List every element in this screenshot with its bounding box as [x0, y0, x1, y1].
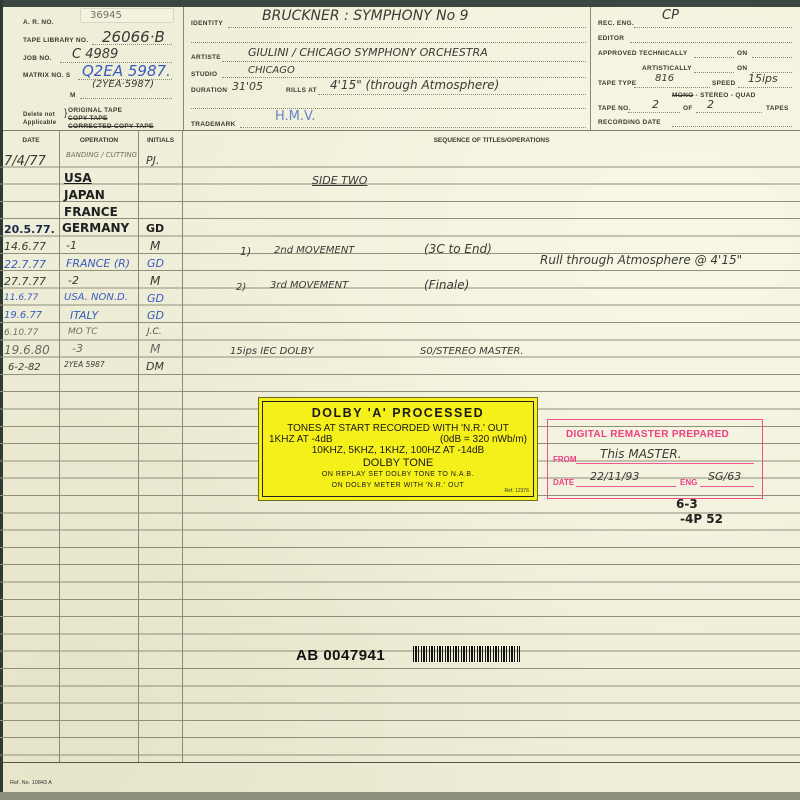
stamp-date-label: DATE: [553, 478, 574, 487]
delete-label-1: Delete not: [23, 112, 55, 118]
tape-type-label: TAPE TYPE: [598, 80, 636, 87]
dotted-line: [694, 72, 734, 73]
row-operation: -2: [68, 274, 79, 287]
tape-option-corrected-copy: CORRECTED COPY TAPE: [68, 123, 154, 130]
column-divider: [182, 130, 183, 762]
table-bottom-border: [3, 762, 800, 763]
barcode-number: AB 0047941: [296, 647, 385, 664]
stamp-eng-line: [700, 486, 754, 487]
row-date: 19.6.80: [4, 343, 50, 357]
stamp-from-value: This MASTER.: [600, 447, 682, 461]
row-date: 20.5.77.: [4, 223, 55, 236]
artiste-value: GIULINI / CHICAGO SYMPHONY ORCHESTRA: [248, 46, 488, 59]
stamp-date-value: 22/11/93: [590, 470, 639, 483]
tape-type-value: 816: [655, 73, 674, 84]
row-date: 27.7.77: [4, 275, 46, 288]
stamp-eng-value: SG/63: [708, 470, 741, 483]
rec-eng-value: CP: [662, 8, 679, 23]
divider: [590, 7, 591, 130]
rec-eng-label: REC. ENG.: [598, 20, 634, 27]
dolby-line-3: 10KHZ, 5KHZ, 1KHZ, 100HZ AT -14dB: [263, 445, 533, 456]
item-note: (3C to End): [424, 242, 492, 256]
trademark-value: H.M.V.: [275, 109, 315, 124]
matrix-value-secondary: (2YEA·5987): [92, 79, 154, 90]
dolby-line-2-right: (0dB = 320 nWb/m): [440, 434, 527, 445]
on-label-2: ON: [737, 65, 747, 72]
on-label-1: ON: [737, 50, 747, 57]
row-date: 6-2-82: [8, 362, 41, 373]
dolby-line-6: ON DOLBY METER WITH 'N.R.' OUT: [263, 482, 533, 489]
stamp-from-line: [576, 463, 754, 464]
row-initials: M: [150, 274, 160, 288]
format-line-1: 15ips IEC DOLBY: [230, 346, 314, 357]
side-title: SIDE TWO: [312, 174, 367, 187]
duration-value: 31'05: [232, 80, 263, 93]
identity-value: BRUCKNER : SYMPHONY No 9: [262, 8, 469, 24]
barcode-icon: [413, 646, 520, 662]
row-initials: GD: [147, 257, 164, 270]
row-date: 7/4/77: [4, 154, 46, 169]
row-date: 22.7.77: [4, 258, 46, 271]
tape-no-label: TAPE NO.: [598, 105, 631, 112]
of-value: 2: [707, 98, 714, 111]
tapes-label: TAPES: [766, 105, 789, 112]
dolby-line-5: ON REPLAY SET DOLBY TONE TO N.A.B.: [263, 471, 533, 478]
sticker-border: DOLBY 'A' PROCESSED TONES AT START RECOR…: [262, 401, 534, 497]
dotted-line: [240, 127, 586, 128]
artiste-label: ARTISTE: [191, 54, 221, 61]
approved-artistically-label: ARTISTICALLY: [642, 65, 692, 72]
row-initials: M: [150, 239, 160, 253]
dotted-line: [318, 94, 586, 95]
dotted-line: [634, 87, 710, 88]
annotation-line-2: -4P 52: [680, 512, 723, 526]
matrix-m-label: M: [70, 92, 76, 99]
stamp-from-label: FROM: [553, 455, 577, 464]
row-operation: ITALY: [70, 309, 98, 322]
rills-at-label: RILLS AT: [286, 87, 317, 94]
dotted-line: [696, 112, 762, 113]
dotted-line: [630, 42, 792, 43]
row-operation: FRANCE: [64, 205, 118, 219]
row-date: 11.6.77: [4, 293, 38, 303]
column-divider: [138, 130, 139, 762]
tape-no-value: 2: [652, 98, 659, 111]
job-no-value: C 4989: [72, 47, 118, 62]
tape-option-original: ORIGINAL TAPE: [68, 107, 122, 114]
row-initials: DM: [146, 360, 164, 373]
row-initials: M: [150, 342, 160, 356]
recording-date-label: RECORDING DATE: [598, 119, 661, 126]
dotted-line: [80, 98, 172, 99]
digital-remaster-stamp: DIGITAL REMASTER PREPARED FROM This MAST…: [547, 419, 763, 499]
editor-label: EDITOR: [598, 35, 624, 42]
tape-library-label: TAPE LIBRARY NO.: [23, 37, 88, 44]
dotted-line: [191, 42, 586, 43]
tape-library-value: 26066·B: [102, 28, 165, 46]
item-number: 1): [240, 245, 251, 258]
row-initials: GD: [146, 222, 164, 235]
row-date: 6.10.77: [4, 328, 38, 338]
row-date: 19.6.77: [4, 310, 42, 321]
format-quad: QUAD: [735, 92, 755, 99]
row-operation: JAPAN: [64, 188, 105, 202]
ar-no-label: A. R. NO.: [23, 19, 54, 26]
item-title: 2nd MOVEMENT: [274, 245, 354, 256]
dotted-line: [228, 27, 586, 28]
row-operation: -1: [66, 239, 77, 252]
matrix-value: Q2EA 5987.: [82, 62, 171, 80]
dotted-line: [222, 61, 586, 62]
matrix-label: MATRIX NO. S: [23, 72, 71, 79]
row-initials: J.C.: [147, 327, 162, 337]
row-operation: BANDING / CUTTING: [66, 151, 137, 159]
row-operation: -3: [72, 342, 83, 355]
stamp-title: DIGITAL REMASTER PREPARED: [566, 429, 729, 440]
of-label: OF: [683, 105, 693, 112]
studio-value: CHICAGO: [248, 65, 295, 76]
dotted-line: [628, 112, 680, 113]
annotation-line-1: 6-3: [676, 497, 698, 511]
dolby-tone-title: DOLBY TONE: [263, 457, 533, 469]
dolby-label-sticker: DOLBY 'A' PROCESSED TONES AT START RECOR…: [258, 397, 538, 501]
column-header-operation: OPERATION: [60, 137, 138, 144]
format-mono: MONO: [672, 92, 693, 99]
dotted-line: [694, 57, 734, 58]
delete-label-2: Applicable: [23, 120, 56, 126]
scan-edge-top: [0, 0, 800, 7]
dolby-line-1: TONES AT START RECORDED WITH 'N.R.' OUT: [263, 423, 533, 434]
row-operation: GERMANY: [62, 221, 129, 235]
studio-label: STUDIO: [191, 71, 217, 78]
form-ref-number: Ref. No. 10843 A: [10, 780, 52, 786]
margin-note: Rull through Atmosphere @ 4'15": [540, 253, 742, 267]
dotted-line: [634, 27, 792, 28]
duration-label: DURATION: [191, 87, 227, 94]
dolby-title: DOLBY 'A' PROCESSED: [263, 406, 533, 420]
trademark-label: TRADEMARK: [191, 121, 236, 128]
column-header-date: DATE: [3, 137, 59, 144]
row-operation: USA. NON.D.: [64, 292, 128, 303]
approved-technically-label: APPROVED TECHNICALLY: [598, 50, 688, 57]
row-initials: GD: [147, 292, 164, 305]
tape-log-sheet: A. R. NO. 36945 TAPE LIBRARY NO. 26066·B…: [0, 0, 800, 800]
tape-option-copy: COPY TAPE: [68, 115, 108, 122]
scan-edge-bottom: [0, 792, 800, 800]
item-number: 2): [236, 282, 246, 293]
row-operation: USA: [64, 171, 92, 185]
item-title: 3rd MOVEMENT: [270, 280, 348, 291]
dotted-line: [752, 57, 792, 58]
column-header-initials: INITIALS: [139, 137, 182, 144]
item-note: (Finale): [424, 278, 469, 292]
column-header-sequence: SEQUENCE OF TITLES/OPERATIONS: [183, 137, 800, 144]
identity-label: IDENTITY: [191, 20, 223, 27]
stamp-date-line: [576, 486, 676, 487]
speed-value: 15ips: [748, 72, 778, 85]
format-stereo: STEREO: [700, 92, 729, 99]
row-operation: FRANCE (R): [66, 257, 130, 270]
row-operation: 2YEA 5987: [64, 360, 105, 369]
row-initials: PJ.: [146, 154, 159, 167]
row-date: 14.6.77: [4, 240, 46, 253]
dolby-ref: Ref. 12376: [505, 488, 529, 494]
rills-at-value: 4'15" (through Atmosphere): [330, 78, 499, 92]
dotted-line: [191, 108, 586, 109]
format-line-2: S0/STEREO MASTER.: [420, 346, 524, 357]
header-divider: [3, 130, 800, 131]
dotted-line: [738, 87, 792, 88]
divider: [183, 7, 184, 130]
stamp-eng-label: ENG: [680, 478, 697, 487]
column-divider: [59, 130, 60, 762]
dotted-line: [672, 126, 792, 127]
row-initials: GD: [147, 309, 164, 322]
speed-label: SPEED: [712, 80, 736, 87]
row-operation: MO TC: [68, 327, 98, 337]
ar-no-value: 36945: [90, 10, 122, 21]
job-no-label: JOB NO.: [23, 55, 52, 62]
